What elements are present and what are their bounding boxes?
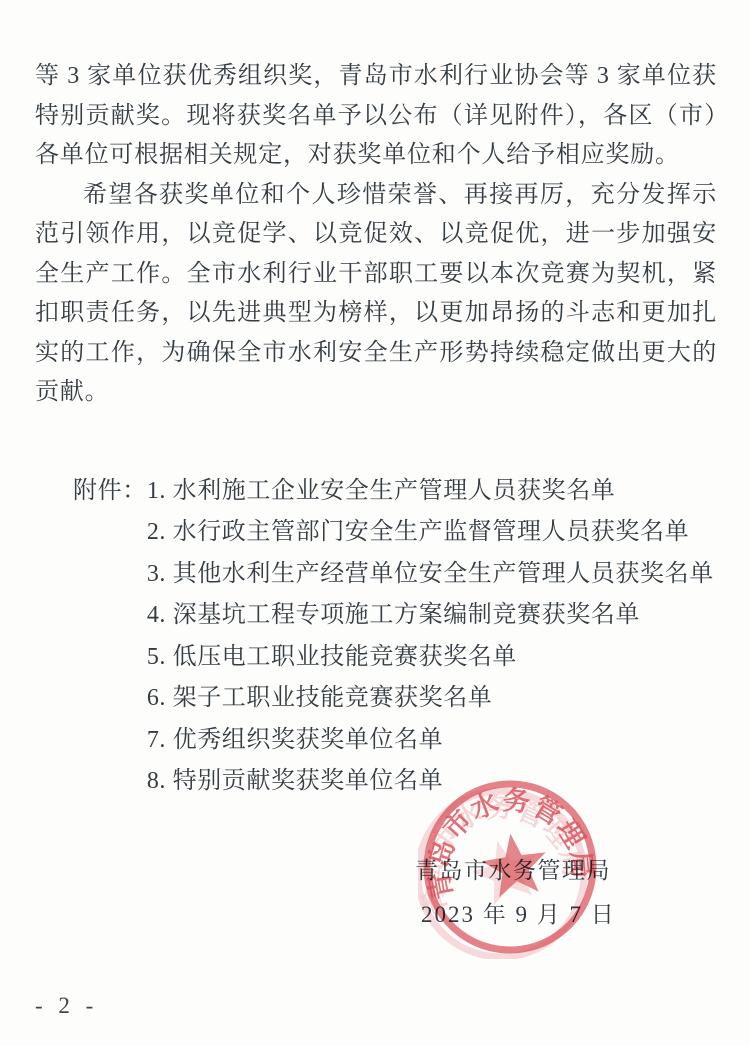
document-page: 等 3 家单位获优秀组织奖，青岛市水利行业协会等 3 家单位获特别贡献奖。现将获… xyxy=(0,0,750,1046)
attachment-item: 1. 水利施工企业安全生产管理人员获奖名单 xyxy=(147,471,717,513)
attachment-item: 4. 深基坑工程专项施工方案编制竞赛获奖名单 xyxy=(147,595,717,637)
issuer-name: 青岛市水务管理局 xyxy=(415,852,611,885)
attachment-item: 7. 优秀组织奖获奖单位名单 xyxy=(147,720,717,762)
paragraph-continuation: 等 3 家单位获优秀组织奖，青岛市水利行业协会等 3 家单位获特别贡献奖。现将获… xyxy=(35,57,717,176)
attachments-list: 1. 水利施工企业安全生产管理人员获奖名单 2. 水行政主管部门安全生产监督管理… xyxy=(147,471,717,803)
page-number: - 2 - xyxy=(35,993,98,1019)
attachments-label: 附件： xyxy=(73,471,147,803)
attachment-item: 8. 特别贡献奖获奖单位名单 xyxy=(147,761,717,803)
attachment-item: 2. 水行政主管部门安全生产监督管理人员获奖名单 xyxy=(147,512,717,554)
issue-date: 2023 年 9 月 7 日 xyxy=(421,896,616,929)
attachment-item: 3. 其他水利生产经营单位安全生产管理人员获奖名单 xyxy=(147,554,717,596)
attachment-item: 6. 架子工职业技能竞赛获奖名单 xyxy=(147,678,717,720)
document-body: 等 3 家单位获优秀组织奖，青岛市水利行业协会等 3 家单位获特别贡献奖。现将获… xyxy=(35,57,717,803)
paragraph-hope: 希望各获奖单位和个人珍惜荣誉、再接再厉，充分发挥示范引领作用，以竞促学、以竞促效… xyxy=(35,176,717,413)
attachments-block: 附件： 1. 水利施工企业安全生产管理人员获奖名单 2. 水行政主管部门安全生产… xyxy=(35,471,717,803)
attachment-item: 5. 低压电工职业技能竞赛获奖名单 xyxy=(147,637,717,679)
